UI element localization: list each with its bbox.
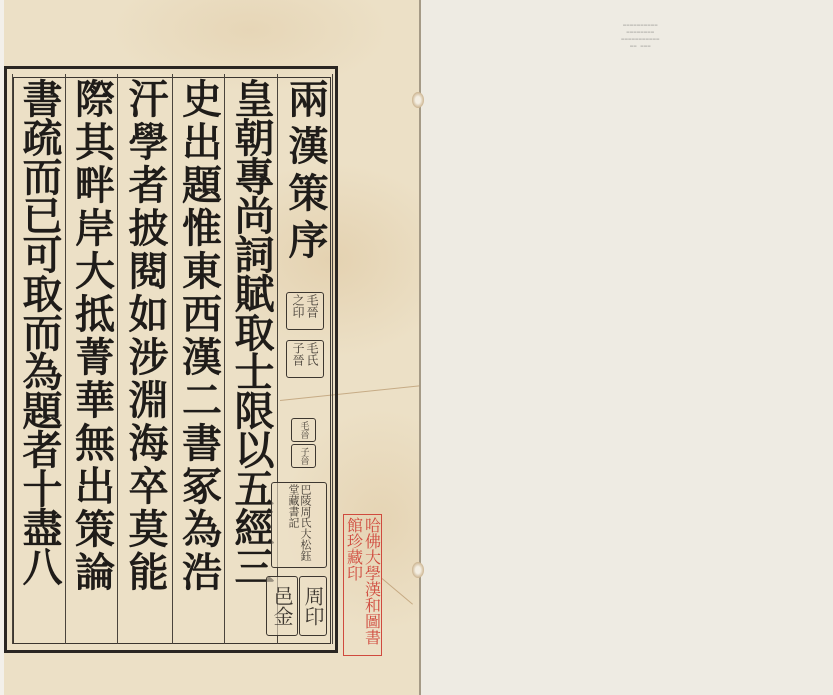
right-page [421,0,833,695]
column-divider [332,74,333,644]
collector-seal: 毛晉之印 [286,292,324,330]
text-line: 皇朝專尚詞賦取士限以五經三 [226,78,276,585]
collector-seal: 毛氏子晉 [286,340,324,378]
stitch-hole-icon [412,92,424,108]
stitch-hole-icon [412,562,424,578]
harvard-yenching-library-seal: 哈佛大學漢和圖書館珍藏印 [343,514,382,656]
text-column-6: 書疏而已可取而為題者十盡八 [13,72,65,644]
collector-seal: 毛晉 [291,418,316,442]
text-line: 史出題惟東西漢二書冢為浩 [174,78,224,594]
preface-title: 兩漢策序 [280,78,330,266]
text-line: 際其畔岸大抵菁華無出策論 [67,78,117,594]
collector-seal: 巴陵周氏大松鈺堂藏書記 [271,482,327,568]
text-column-5: 際其畔岸大抵菁華無出策論 [66,72,117,644]
text-column-2: 皇朝專尚詞賦取士限以五經三 [225,72,277,644]
collector-seal: 邑金 [266,576,298,636]
text-column-3: 史出題惟東西漢二書冢為浩 [173,72,224,644]
show-through-stamp: ▬▬▬▬▬▬▬▬▬▬▬▬▬▬▬▬▬▬▬▬▬▬▬▬▬▬▬▬▬▬▬▬ ▬▬ [590,22,690,50]
text-column-4: 汗學者披閱如涉淵海卒莫能 [118,72,172,644]
collector-seal: 子晉 [291,444,316,468]
text-line: 書疏而已可取而為題者十盡八 [14,78,64,585]
text-line: 汗學者披閱如涉淵海卒莫能 [120,78,170,594]
collector-seal: 周印 [299,576,327,636]
